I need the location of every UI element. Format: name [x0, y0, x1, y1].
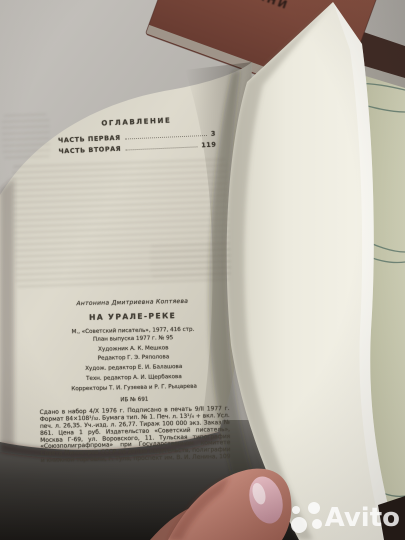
- colophon: Антонина Дмитриевна Коптяева НА УРАЛЕ-РЕ…: [34, 297, 233, 465]
- book-photo-scene: КНИ ОГЛАВЛЕНИЕ ЧАСТЬ ПЕРВАЯ 3 ЧАСТЬ ВТОР…: [0, 0, 405, 540]
- table-of-contents: ОГЛАВЛЕНИЕ ЧАСТЬ ПЕРВАЯ 3 ЧАСТЬ ВТОРАЯ 1…: [57, 115, 216, 159]
- avito-watermark-text: Avito: [325, 505, 400, 531]
- left-page-edge-shadow: [0, 178, 14, 448]
- book-title: НА УРАЛЕ-РЕКЕ: [35, 310, 231, 323]
- avito-logo-dot: [312, 519, 322, 529]
- toc-entry-page: 3: [211, 130, 216, 138]
- toc-entry-label: ЧАСТЬ ПЕРВАЯ: [58, 134, 121, 145]
- avito-watermark: Avito: [291, 502, 400, 533]
- staff-line: Корректоры Т. И. Гузеева и Р. Г. Рыцарев…: [36, 383, 232, 394]
- avito-logo-dot: [308, 502, 320, 514]
- avito-logo-dot: [291, 517, 307, 533]
- avito-logo-icon: [291, 502, 322, 533]
- toc-entry-page: 119: [201, 141, 216, 150]
- toc-entry-label: ЧАСТЬ ВТОРАЯ: [58, 145, 121, 156]
- avito-logo-dot: [292, 506, 300, 514]
- dot-leader: [125, 135, 207, 140]
- ib-number: ИБ № 691: [36, 395, 232, 405]
- dot-leader: [125, 146, 197, 150]
- imprint-fine-print: Сдано в набор 4/X 1976 г. Подписано в пе…: [40, 406, 231, 465]
